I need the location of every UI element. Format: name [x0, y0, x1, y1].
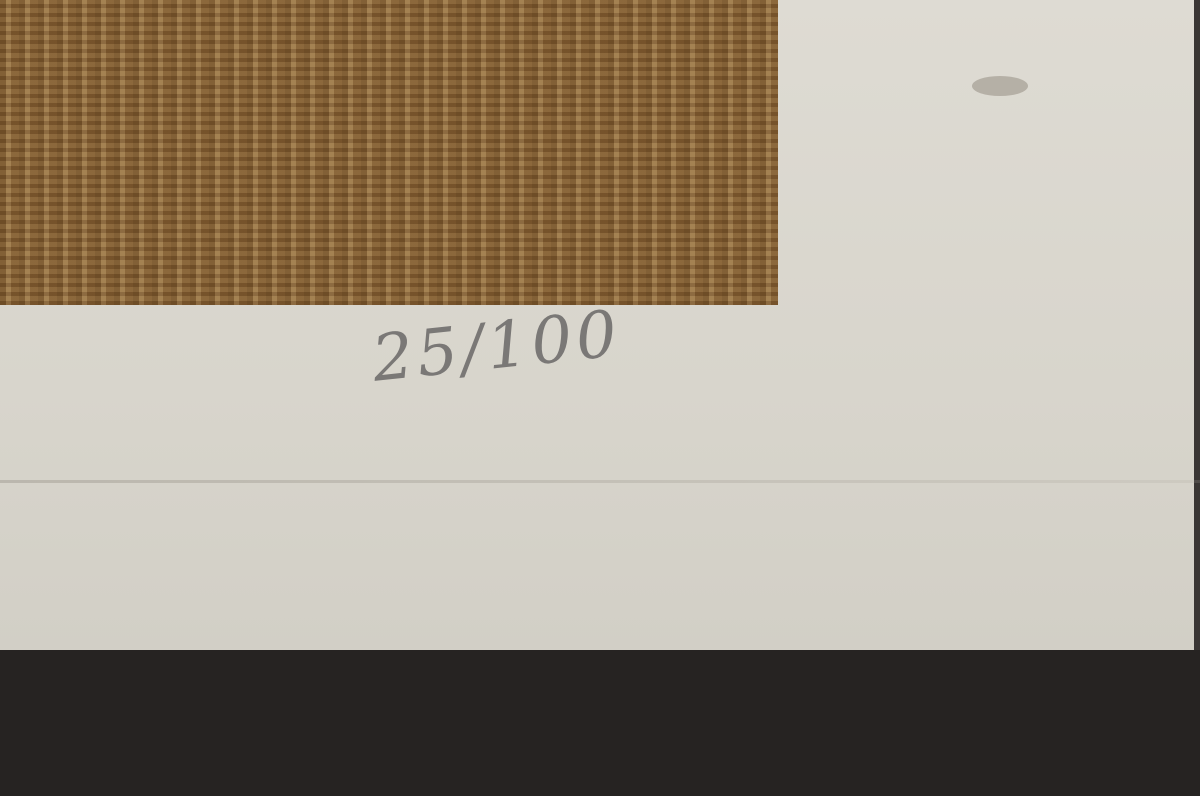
paper-sheet: 25/100	[0, 0, 1200, 650]
paper-blemish	[972, 76, 1028, 96]
edition-number: 25/100	[369, 297, 625, 397]
woodblock-print-area	[0, 0, 778, 305]
paper-edge	[1194, 0, 1200, 650]
dark-background	[0, 650, 1200, 796]
